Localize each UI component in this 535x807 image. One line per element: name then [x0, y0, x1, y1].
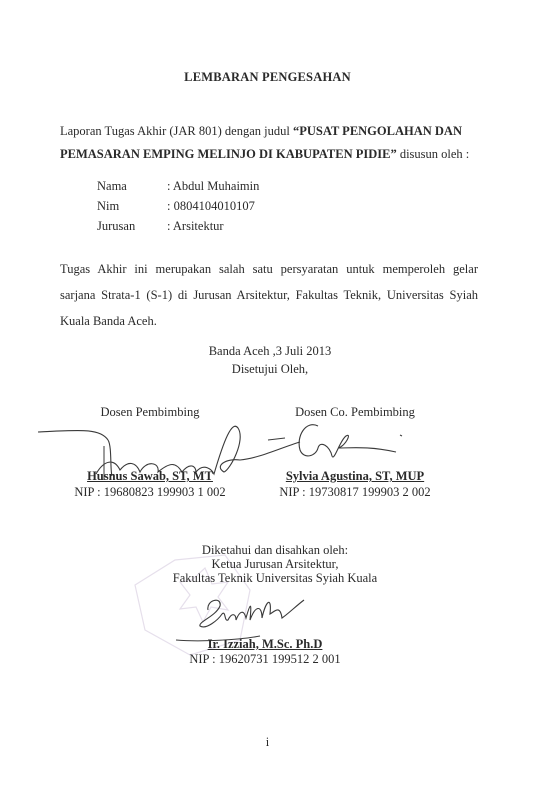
head-name: Ir. Izziah, M.Sc. Ph.D	[175, 637, 355, 652]
head-signature	[0, 0, 535, 807]
head-nip: NIP : 19620731 199512 2 001	[160, 652, 370, 667]
page-number: i	[0, 735, 535, 750]
